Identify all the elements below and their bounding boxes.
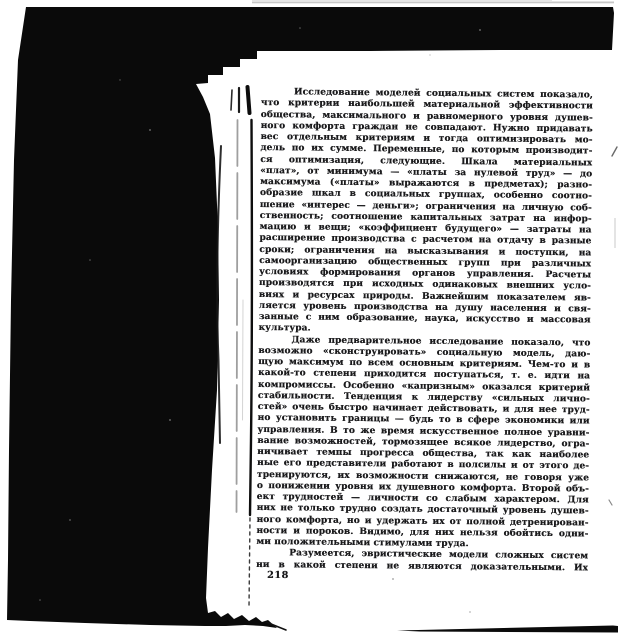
right-edge-tick-upper — [612, 147, 617, 156]
page-number: 218 — [267, 570, 289, 581]
binding-line-long-dark — [250, 120, 252, 515]
binding-shadow-lines — [217, 87, 252, 607]
binding-line-curved — [217, 146, 221, 443]
right-edge-gray-smudge — [614, 218, 616, 248]
right-edge-tick-lower — [609, 500, 612, 505]
top-edge-gray-line-faint — [252, 0, 552, 1]
binding-line-short-thick — [248, 87, 250, 113]
bottom-left-tail — [266, 622, 286, 630]
top-edge-gray-line — [252, 2, 614, 4]
text-block: Исследование моделей социальных систем п… — [256, 87, 593, 574]
scanned-book-page: Исследование моделей социальных систем п… — [0, 0, 620, 638]
binding-line-gray — [237, 120, 238, 512]
binding-line-short-thin — [231, 90, 232, 110]
binding-line-dotted-tail — [249, 518, 250, 607]
binding-line-faint — [243, 300, 244, 420]
right-edge-marks — [609, 147, 617, 505]
bottom-scan-line — [397, 626, 618, 633]
